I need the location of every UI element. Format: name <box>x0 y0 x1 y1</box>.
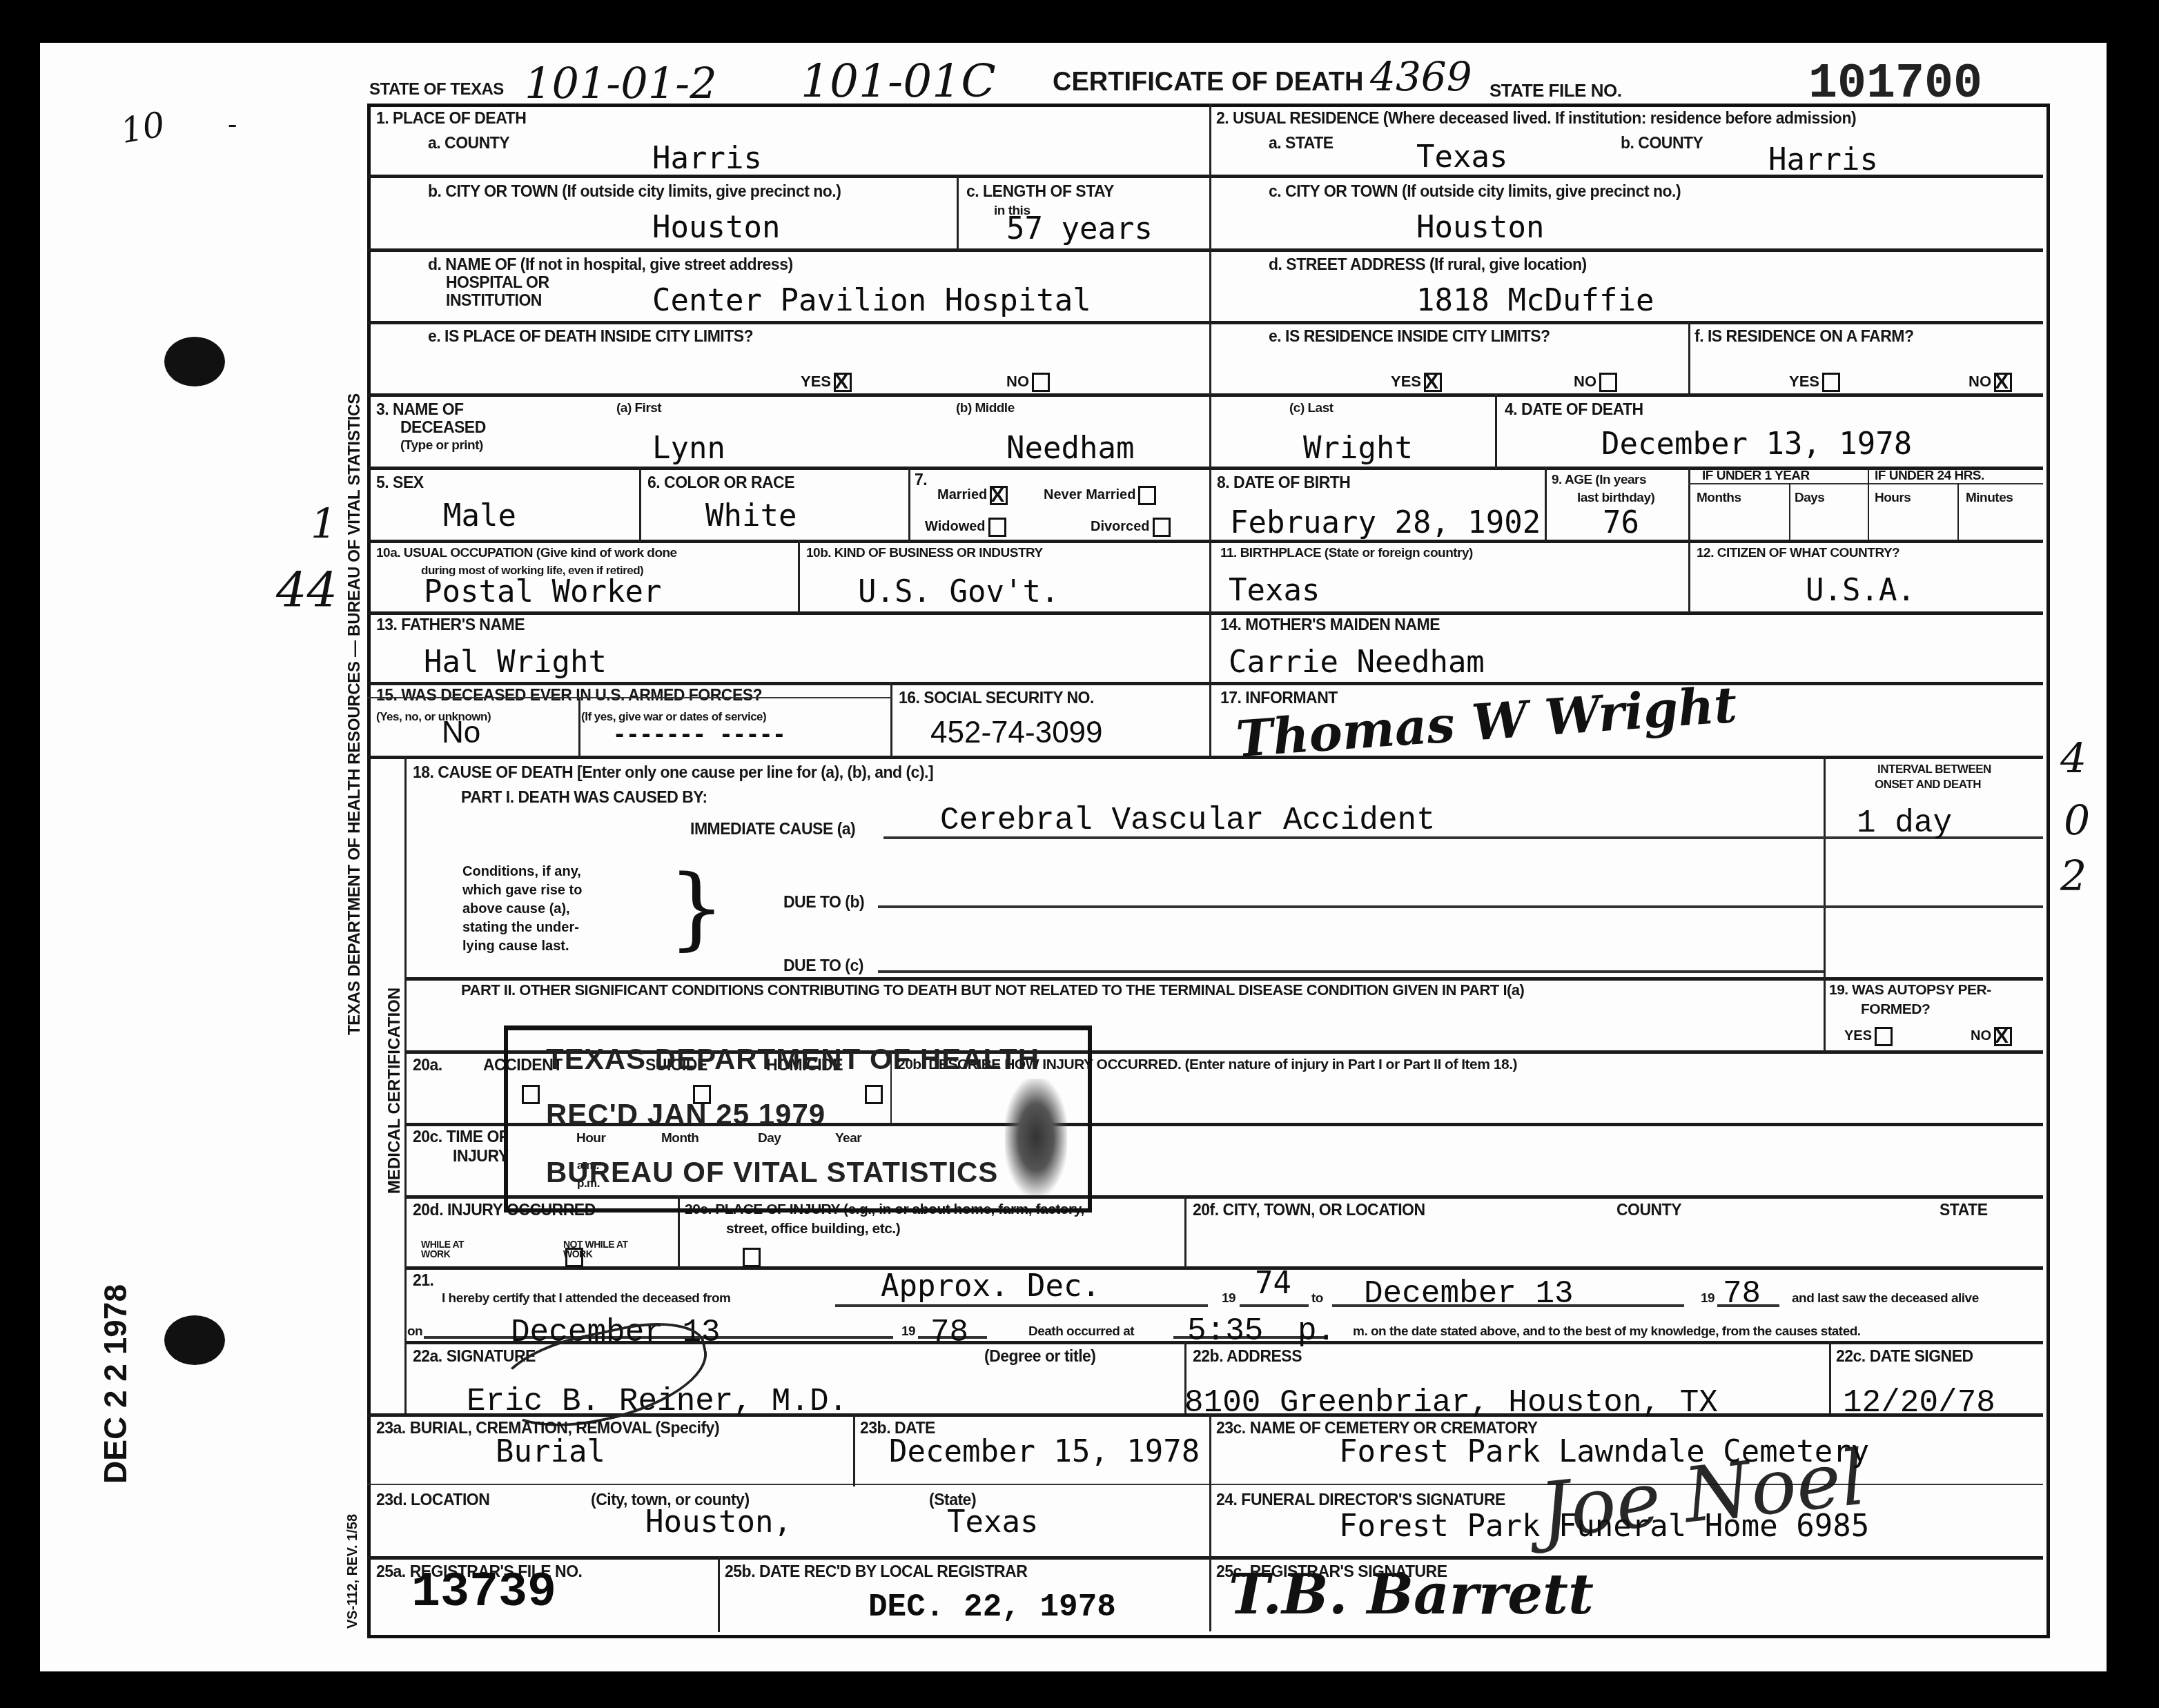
business-value: U.S. Gov't. <box>858 577 1059 607</box>
sex-label: 5. SEX <box>376 475 424 491</box>
residence-county-value: Harris <box>1768 145 1878 175</box>
street-value: 1818 McDuffie <box>1416 286 1654 316</box>
under-24-hours-label: IF UNDER 24 HRS. <box>1875 469 1984 482</box>
dob-value: February 28, 1902 <box>1230 508 1541 538</box>
interval-value: 1 day <box>1857 807 1952 839</box>
residence-farm-yes[interactable]: YES <box>1789 373 1840 392</box>
father-value: Hal Wright <box>424 647 607 678</box>
certificate-title: CERTIFICATE OF DEATH <box>1053 69 1363 95</box>
cause-of-death-label: 18. CAUSE OF DEATH [Enter only one cause… <box>413 765 933 781</box>
residence-county-label: b. COUNTY <box>1621 135 1703 151</box>
death-city-label: b. CITY OR TOWN (If outside city limits,… <box>428 184 841 199</box>
armed-forces-label: 15. WAS DECEASED EVER IN U.S. ARMED FORC… <box>376 687 762 703</box>
hospital-label: d. NAME OF (If not in hospital, give str… <box>428 257 793 273</box>
months-label: Months <box>1697 491 1741 504</box>
place-of-death-label: 1. PLACE OF DEATH <box>376 110 526 126</box>
certify-tail-text: m. on the date stated above, and to the … <box>1353 1325 1861 1338</box>
prefix-19-on: 19 <box>901 1325 915 1338</box>
death-county-label: a. COUNTY <box>428 135 509 151</box>
last-saw-text: and last saw the deceased alive <box>1792 1292 1979 1305</box>
received-date-stamp: DEC 2 2 1978 <box>97 1284 134 1484</box>
time-of-injury-label: 20c. TIME OF <box>413 1129 508 1145</box>
registrar-file-value: 13739 <box>411 1569 556 1618</box>
street-label: d. STREET ADDRESS (If rural, give locati… <box>1269 257 1587 273</box>
hospital-label-3: INSTITUTION <box>446 293 542 308</box>
time-of-injury-label-2: INJURY <box>453 1148 509 1164</box>
degree-label: (Degree or title) <box>984 1348 1095 1364</box>
length-of-stay-label: c. LENGTH OF STAY <box>966 184 1114 199</box>
funeral-director-label: 24. FUNERAL DIRECTOR'S SIGNATURE <box>1216 1492 1505 1508</box>
punch-hole-top <box>164 337 225 386</box>
middle-name-label: (b) Middle <box>956 402 1015 415</box>
mother-value: Carrie Needham <box>1229 647 1485 678</box>
armed-forces-dates: ------- ----- <box>613 723 785 745</box>
part-1-label: PART I. DEATH WAS CAUSED BY: <box>461 789 707 805</box>
citizen-value: U.S.A. <box>1806 576 1915 606</box>
date-of-death-value: December 13, 1978 <box>1601 429 1912 460</box>
residence-city-label: c. CITY OR TOWN (If outside city limits,… <box>1269 184 1681 199</box>
first-name-value: Lynn <box>652 433 725 464</box>
hours-label: Hours <box>1875 491 1911 504</box>
never-married-checkbox[interactable]: Never Married <box>1044 486 1156 505</box>
attended-to-year: 78 <box>1723 1278 1761 1310</box>
to-label: to <box>1311 1292 1323 1305</box>
residence-state-label: a. STATE <box>1269 135 1333 151</box>
on-label: on <box>407 1325 422 1338</box>
usual-residence-label: 2. USUAL RESIDENCE (Where deceased lived… <box>1216 110 1856 126</box>
immediate-cause-label: IMMEDIATE CAUSE (a) <box>690 821 855 837</box>
citizen-label: 12. CITIZEN OF WHAT COUNTRY? <box>1697 547 1899 560</box>
side-department-text: TEXAS DEPARTMENT OF HEALTH RESOURCES — B… <box>345 393 364 1035</box>
marital-label: 7. <box>915 472 927 488</box>
death-county-value: Harris <box>652 144 762 174</box>
death-occurred-text: Death occurred at <box>1028 1325 1134 1338</box>
autopsy-yes[interactable]: YES <box>1844 1027 1893 1046</box>
due-to-b-label: DUE TO (b) <box>783 894 864 910</box>
burial-city-value: Houston, <box>645 1507 792 1538</box>
margin-note-dot: - <box>228 110 237 138</box>
sex-value: Male <box>443 501 516 531</box>
state-file-label: STATE FILE NO. <box>1489 81 1621 99</box>
dob-label: 8. DATE OF BIRTH <box>1217 475 1350 491</box>
name-label-3: (Type or print) <box>400 439 483 452</box>
death-city-value: Houston <box>652 213 780 243</box>
days-label: Days <box>1795 491 1824 504</box>
occupation-value: Postal Worker <box>424 577 661 607</box>
middle-name-value: Needham <box>1006 433 1134 464</box>
state-of-texas-label: STATE OF TEXAS <box>369 81 504 98</box>
hand-code-2: 101-01C <box>801 59 996 104</box>
state-file-number: 101700 <box>1808 61 1982 109</box>
registrar-date-label: 25b. DATE REC'D BY LOCAL REGISTRAR <box>725 1564 1027 1580</box>
stamp-line-2: REC'D JAN 25 1979 <box>546 1098 825 1131</box>
autopsy-label-2: FORMED? <box>1861 1002 1930 1017</box>
interval-label-1: INTERVAL BETWEEN <box>1877 763 1991 775</box>
last-name-value: Wright <box>1303 433 1413 464</box>
due-to-c-label: DUE TO (c) <box>783 958 863 974</box>
place-of-injury-label-2: street, office building, etc.) <box>726 1221 900 1236</box>
stamp-line-3: BUREAU OF VITAL STATISTICS <box>546 1156 998 1189</box>
last-name-label: (c) Last <box>1289 402 1333 415</box>
while-at-work-label: WHILE AT WORK <box>421 1239 476 1259</box>
margin-note-4: 4 <box>2060 738 2087 780</box>
residence-inside-limits-yes[interactable]: YES <box>1391 373 1442 392</box>
margin-note-2: 2 <box>2060 856 2087 897</box>
name-label-2: DECEASED <box>400 420 486 435</box>
hospital-label-2: HOSPITAL OR <box>446 275 549 291</box>
attended-from-year: 74 <box>1255 1268 1291 1299</box>
prefix-19-to: 19 <box>1701 1292 1714 1305</box>
immediate-cause-value: Cerebral Vascular Accident <box>940 805 1436 836</box>
stamp-line-1: TEXAS DEPARTMENT OF HEALTH <box>546 1043 1039 1076</box>
conditions-note: Conditions, if any, which gave rise to a… <box>462 863 582 956</box>
registrar-date-value: DEC. 22, 1978 <box>868 1591 1116 1623</box>
injury-city-label: 20f. CITY, TOWN, OR LOCATION <box>1193 1202 1425 1218</box>
residence-inside-limits-label: e. IS RESIDENCE INSIDE CITY LIMITS? <box>1269 328 1550 344</box>
certify-num-label: 21. <box>413 1273 433 1288</box>
residence-farm-label: f. IS RESIDENCE ON A FARM? <box>1694 328 1914 344</box>
length-of-stay-value: 57 years <box>1006 214 1153 244</box>
birthplace-value: Texas <box>1229 576 1320 606</box>
not-while-at-work-checkbox[interactable] <box>743 1248 761 1267</box>
armed-forces-value: No <box>442 718 480 748</box>
margin-note-44: 44 <box>276 566 338 614</box>
occupation-label: 10a. USUAL OCCUPATION (Give kind of work… <box>376 547 677 560</box>
ssn-value: 452-74-3099 <box>930 718 1103 748</box>
residence-city-value: Houston <box>1416 213 1544 243</box>
hospital-value: Center Pavilion Hospital <box>652 286 1091 316</box>
widowed-checkbox[interactable]: Widowed <box>925 518 1006 537</box>
father-label: 13. FATHER'S NAME <box>376 617 525 633</box>
race-value: White <box>705 501 797 531</box>
business-label: 10b. KIND OF BUSINESS OR INDUSTRY <box>806 547 1043 560</box>
race-label: 6. COLOR OR RACE <box>647 475 794 491</box>
autopsy-label-1: 19. WAS AUTOPSY PER- <box>1829 983 1991 997</box>
residence-inside-limits-no[interactable]: NO <box>1574 373 1617 392</box>
physician-address: 8100 Greenbriar, Houston, TX <box>1184 1387 1718 1419</box>
part-2-label: PART II. OTHER SIGNIFICANT CONDITIONS CO… <box>461 983 1524 998</box>
injury-state-label: STATE <box>1940 1202 1987 1218</box>
date-of-death-label: 4. DATE OF DEATH <box>1505 402 1643 418</box>
under-1-year-label: IF UNDER 1 YEAR <box>1702 469 1810 482</box>
age-value: 76 <box>1603 508 1639 538</box>
registrar-signature: T.B. Barrett <box>1229 1567 1594 1622</box>
death-inside-limits-label: e. IS PLACE OF DEATH INSIDE CITY LIMITS? <box>428 328 753 344</box>
physician-address-label: 22b. ADDRESS <box>1193 1348 1302 1364</box>
death-time-value: 5:35 <box>1187 1315 1263 1347</box>
received-stamp: TEXAS DEPARTMENT OF HEALTH REC'D JAN 25 … <box>504 1025 1092 1213</box>
punch-hole-bottom <box>164 1315 225 1365</box>
prefix-19-from: 19 <box>1222 1292 1235 1305</box>
injury-20a-label: 20a. <box>413 1057 442 1073</box>
conditions-brace: } <box>668 863 725 952</box>
not-while-at-work-label: NOT WHILE AT WORK <box>563 1239 639 1259</box>
hand-code-1: 101-01-2 <box>525 62 717 105</box>
first-name-label: (a) First <box>616 402 661 415</box>
burial-state-value: Texas <box>947 1507 1038 1538</box>
residence-farm-no[interactable]: NO <box>1968 373 2012 392</box>
last-seen-year: 78 <box>930 1317 968 1348</box>
death-inside-limits-no[interactable]: NO <box>1006 373 1050 392</box>
married-checkbox[interactable]: Married <box>937 486 1008 505</box>
death-ampm-value: p. <box>1298 1315 1336 1347</box>
residence-state-value: Texas <box>1416 142 1507 173</box>
burial-location-label: 23d. LOCATION <box>376 1492 489 1508</box>
certify-text: I hereby certify that I attended the dec… <box>442 1292 730 1305</box>
margin-note-1: 1 <box>311 504 337 545</box>
interval-label-2: ONSET AND DEATH <box>1875 778 1981 790</box>
disposition-method-value: Burial <box>496 1437 605 1467</box>
date-signed-label: 22c. DATE SIGNED <box>1836 1348 1973 1364</box>
death-inside-limits-yes[interactable]: YES <box>801 373 852 392</box>
disposition-date-value: December 15, 1978 <box>889 1437 1200 1467</box>
injury-county-label: COUNTY <box>1616 1202 1681 1218</box>
attended-from-value: Approx. Dec. <box>881 1271 1100 1302</box>
autopsy-no[interactable]: NO <box>1971 1027 2012 1046</box>
attended-to-value: December 13 <box>1364 1278 1574 1310</box>
minutes-label: Minutes <box>1966 491 2013 504</box>
margin-note-0: 0 <box>2064 801 2090 842</box>
date-signed-value: 12/20/78 <box>1843 1387 1995 1419</box>
hand-code-3: 4369 <box>1370 57 1472 97</box>
name-label-1: 3. NAME OF <box>376 402 464 418</box>
divorced-checkbox[interactable]: Divorced <box>1091 518 1171 537</box>
form-number: VS-112, REV. 1/58 <box>345 1514 361 1629</box>
mother-label: 14. MOTHER'S MAIDEN NAME <box>1220 617 1440 633</box>
age-label-1: 9. AGE (In years <box>1552 473 1646 487</box>
margin-note-10: 10 <box>118 107 167 148</box>
birthplace-label: 11. BIRTHPLACE (State or foreign country… <box>1220 547 1473 560</box>
age-label-2: last birthday) <box>1577 491 1654 504</box>
ssn-label: 16. SOCIAL SECURITY NO. <box>899 690 1094 706</box>
